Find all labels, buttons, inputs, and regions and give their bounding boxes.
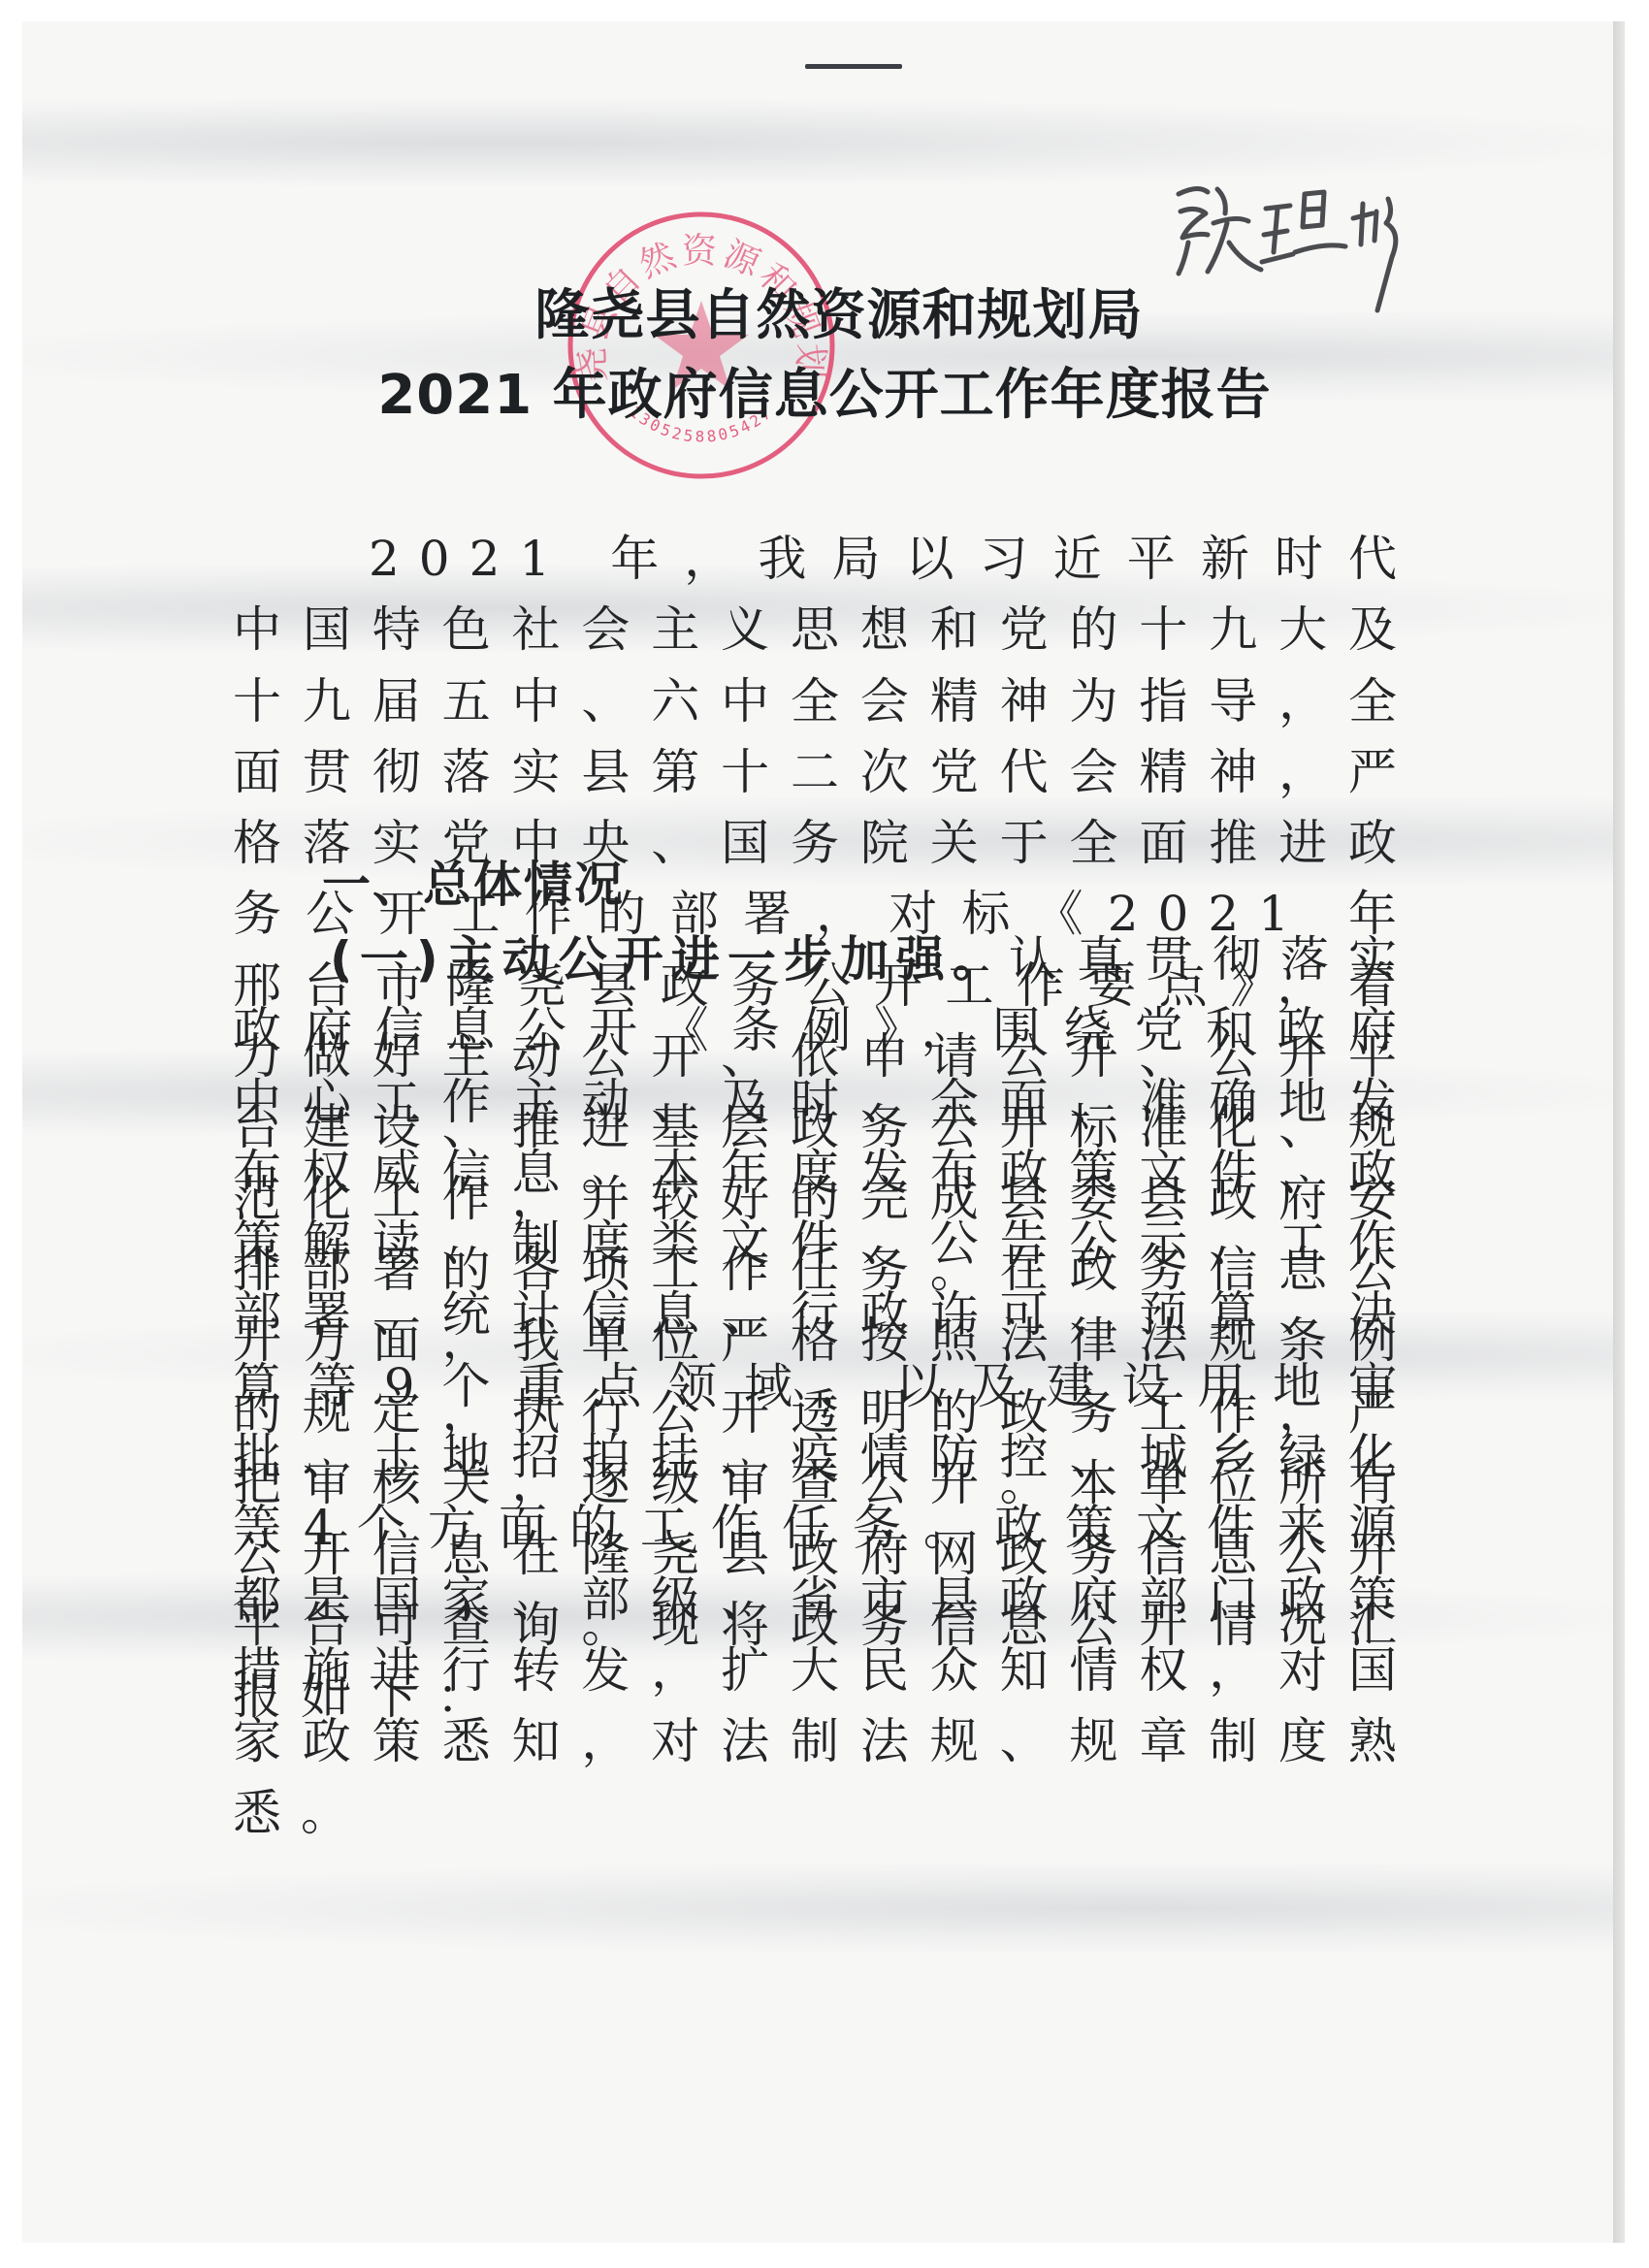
top-dash-mark <box>805 64 902 69</box>
document-title-line1: 隆尧县自然资源和规划局 <box>0 289 1649 343</box>
subsection-paragraph: (一)主动公开进一步加强。认真贯彻落实政府信息公开《条例》，围绕党和政府中心工作… <box>233 924 1416 1849</box>
page-edge <box>1613 21 1625 2243</box>
subsection-body: 认真贯彻落实政府信息公开《条例》，围绕党和政府中心工作主动、及时、全面、准确地发… <box>233 931 1416 1841</box>
subsection-proactive-disclosure: (一)主动公开进一步加强。认真贯彻落实政府信息公开《条例》，围绕党和政府中心工作… <box>233 924 1416 1849</box>
section-heading-overview: 一、总体情况 <box>322 846 625 916</box>
subsection-lead: (一)主动公开进一步加强。 <box>330 931 1009 988</box>
scan-smudge <box>22 1864 1616 1952</box>
document-title-line2: 2021 年政府信息公开工作年度报告 <box>0 369 1649 423</box>
